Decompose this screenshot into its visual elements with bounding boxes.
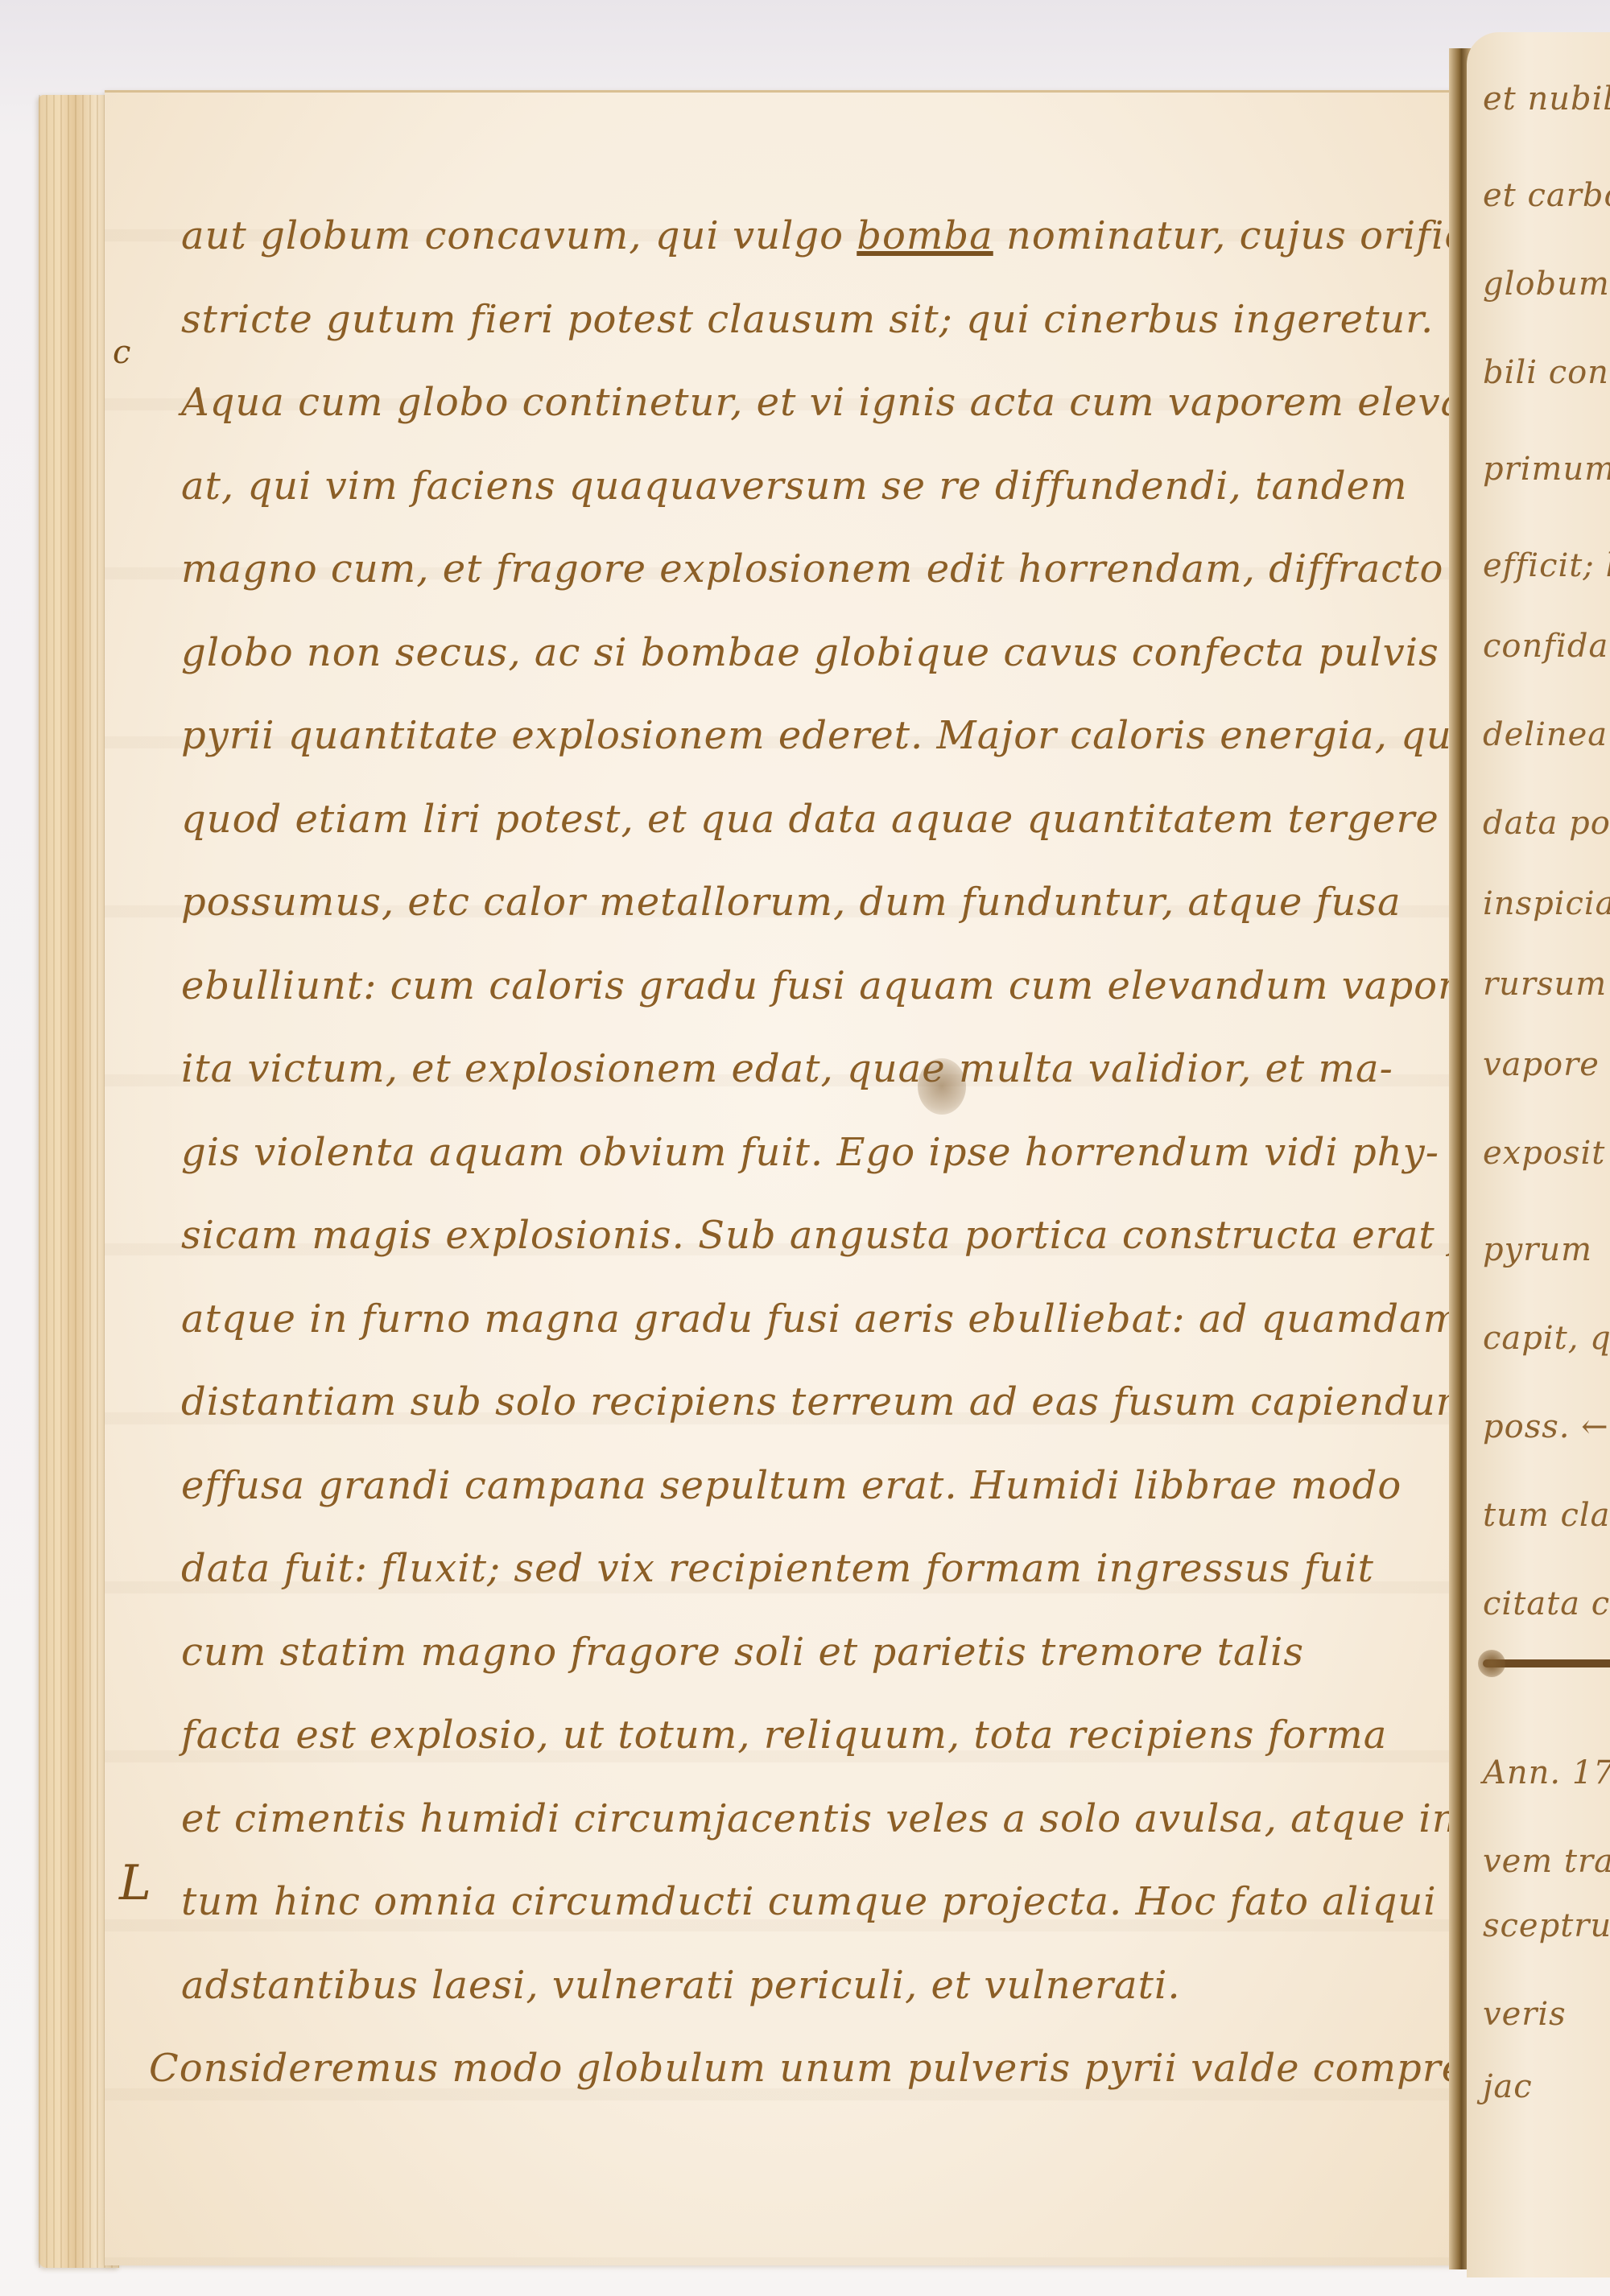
right-page-line: efficit; h bbox=[1483, 547, 1610, 584]
manuscript-line: possumus, etc calor metallorum, dum fund… bbox=[181, 880, 1402, 925]
manuscript-line: magno cum, et fragore explosionem edit h… bbox=[181, 546, 1443, 592]
margin-mark-l: L bbox=[119, 1855, 151, 1911]
right-page-line: jac bbox=[1483, 2068, 1533, 2105]
right-page-line: confidat bbox=[1483, 628, 1610, 665]
ink-blot-dot bbox=[1478, 1650, 1505, 1677]
manuscript-line: tum hinc omnia circumducti cumque projec… bbox=[181, 1879, 1496, 1924]
right-page-line: primum bbox=[1483, 451, 1610, 488]
manuscript-line: Aqua cum globo continetur, et vi ignis a… bbox=[181, 380, 1610, 425]
right-page-line: bili con bbox=[1483, 354, 1609, 391]
right-page-line: delineant bbox=[1483, 716, 1610, 753]
manuscript-line: cum statim magno fragore soli et parieti… bbox=[181, 1630, 1304, 1675]
right-page: et nubilaet carboglobum libili conprimum… bbox=[1467, 32, 1610, 2277]
manuscript-line: distantiam sub solo recipiens terreum ad… bbox=[181, 1379, 1555, 1424]
manuscript-line: pyrii quantitate explosionem ederet. Maj… bbox=[181, 713, 1513, 758]
right-page-line: capit, q bbox=[1483, 1320, 1610, 1357]
manuscript-line: et cimentis humidi circumjacentis veles … bbox=[181, 1796, 1551, 1841]
manuscript-line: adstantibus laesi, vulnerati periculi, e… bbox=[181, 1963, 1181, 2008]
right-page-line: pyrum bbox=[1483, 1231, 1592, 1268]
manuscript-line: facta est explosio, ut totum, reliquum, … bbox=[181, 1713, 1387, 1758]
right-page-line: globum li bbox=[1483, 266, 1610, 303]
manuscript-line: ebulliunt: cum caloris gradu fusi aquam … bbox=[181, 963, 1610, 1008]
right-page-line: vapore ob bbox=[1483, 1046, 1610, 1083]
manuscript-line: data fuit: fluxit; sed vix recipientem f… bbox=[181, 1546, 1374, 1591]
manuscript-line: sicam magis explosionis. Sub angusta por… bbox=[181, 1213, 1580, 1258]
right-page-line: exposit co bbox=[1483, 1135, 1610, 1172]
left-page: aut globum concavum, qui vulgo bomba nom… bbox=[105, 90, 1457, 2265]
right-page-line: vem tran bbox=[1483, 1843, 1610, 1880]
manuscript-line: aut globum concavum, qui vulgo bomba nom… bbox=[181, 213, 1543, 258]
right-page-line: et nubila bbox=[1483, 80, 1610, 117]
right-page-line: veris bbox=[1483, 1996, 1567, 2033]
manuscript-line: stricte gutum fieri potest clausum sit; … bbox=[181, 297, 1434, 342]
right-page-line: inspiciat bbox=[1483, 885, 1610, 922]
manuscript-line: atque in furno magna gradu fusi aeris eb… bbox=[181, 1296, 1460, 1342]
manuscript-line: gis violenta aquam obvium fuit. Ego ipse… bbox=[181, 1130, 1439, 1175]
underlined-word: bomba bbox=[857, 213, 993, 258]
right-page-line: citata c bbox=[1483, 1585, 1610, 1622]
right-page-line: et carbo bbox=[1483, 177, 1610, 214]
manuscript-line: Consideremus modo globulum unum pulveris… bbox=[149, 2046, 1520, 2091]
manuscript-line: ita victum, et explosionem edat, quae mu… bbox=[181, 1046, 1393, 1091]
right-page-line: rursum c bbox=[1483, 966, 1610, 1003]
right-page-line: poss. ← bbox=[1483, 1408, 1609, 1445]
right-page-line: tum clas bbox=[1483, 1497, 1610, 1534]
right-page-line: sceptrum bbox=[1483, 1907, 1610, 1944]
right-page-line: data po bbox=[1483, 805, 1610, 842]
ink-stain bbox=[918, 1058, 966, 1115]
margin-mark-c: c bbox=[113, 334, 130, 371]
manuscript-line: effusa grandi campana sepultum erat. Hum… bbox=[181, 1463, 1402, 1508]
right-page-line: Ann. 175 bbox=[1483, 1754, 1610, 1791]
manuscript-line: globo non secus, ac si bombae globique c… bbox=[181, 630, 1439, 675]
manuscript-line: at, qui vim faciens quaquaversum se re d… bbox=[181, 464, 1408, 509]
manuscript-line: quod etiam liri potest, et qua data aqua… bbox=[181, 797, 1439, 842]
